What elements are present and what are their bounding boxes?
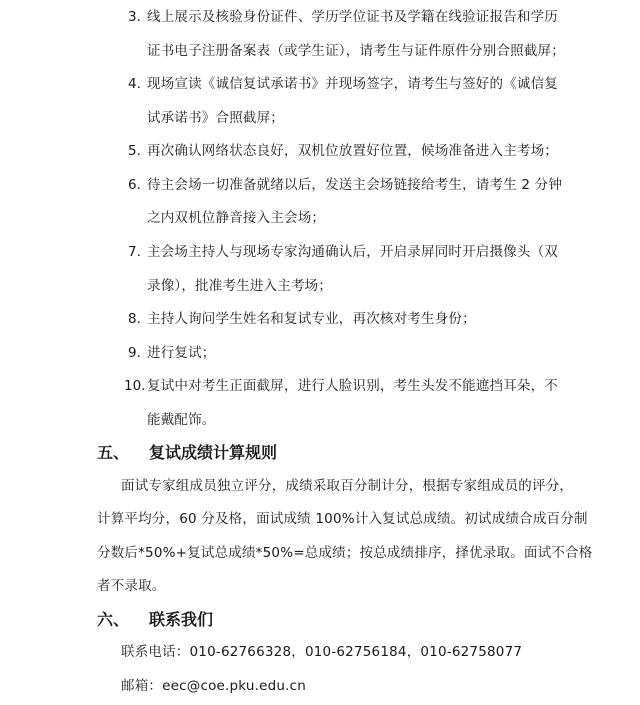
list-item-line: 再次确认网络状态良好，双机位放置好位置，候场准备进入主考场；	[147, 142, 558, 160]
email-link[interactable]: eec@coe.pku.edu.cn	[162, 678, 306, 694]
list-item-line: 复试中对考生正面截屏，进行人脸识别，考生头发不能遮挡耳朵，不	[147, 377, 558, 395]
list-item-line: 线上展示及核验身份证件、学历学位证书及学籍在线验证报告和学历	[147, 8, 558, 26]
contact-email: 邮箱：eec@coe.pku.edu.cn	[121, 677, 306, 695]
list-item-line: 现场宣读《诚信复试承诺书》并现场签字，请考生与签好的《诚信复	[147, 75, 558, 93]
list-number: 5.	[128, 142, 141, 160]
phone-label: 联系电话：	[121, 644, 190, 660]
paragraph-line: 者不录取。	[97, 577, 166, 595]
list-number: 4.	[128, 75, 141, 93]
section-number: 五、	[97, 443, 129, 463]
document-page: 3. 线上展示及核验身份证件、学历学位证书及学籍在线验证报告和学历 证书电子注册…	[0, 0, 640, 705]
list-item-line: 试承诺书》合照截屏；	[147, 109, 284, 127]
phone-value: 010-62766328，010-62756184，010-62758077	[190, 644, 523, 660]
list-item-line: 录像），批准考生进入主考场；	[147, 277, 332, 295]
list-item-line: 主持人询问学生姓名和复试专业，再次核对考生身份；	[147, 310, 476, 328]
section-title: 联系我们	[149, 610, 213, 630]
section-title: 复试成绩计算规则	[149, 443, 277, 463]
list-item-line: 证书电子注册备案表（或学生证），请考生与证件原件分别合照截屏；	[147, 42, 565, 60]
list-item-line: 待主会场一切准备就绪以后，发送主会场链接给考生，请考生 2 分钟	[147, 176, 562, 194]
paragraph-line: 计算平均分，60 分及格，面试成绩 100%计入复试总成绩。初试成绩合成百分制	[97, 510, 588, 528]
list-item-line: 之内双机位静音接入主会场；	[147, 209, 325, 227]
email-label: 邮箱：	[121, 678, 162, 694]
list-number: 6.	[128, 176, 141, 194]
list-number: 10.	[124, 377, 145, 395]
section-number: 六、	[97, 610, 129, 630]
list-item-line: 主会场主持人与现场专家沟通确认后，开启录屏同时开启摄像头（双	[147, 243, 558, 261]
paragraph-line: 面试专家组成员独立评分，成绩采取百分制计分，根据专家组成员的评分，	[121, 477, 573, 495]
list-item-line: 能戴配饰。	[147, 411, 216, 429]
list-number: 9.	[128, 344, 141, 362]
list-number: 3.	[128, 8, 141, 26]
list-item-line: 进行复试；	[147, 344, 216, 362]
list-number: 7.	[128, 243, 141, 261]
contact-phone: 联系电话：010-62766328，010-62756184，010-62758…	[121, 643, 522, 661]
paragraph-line: 分数后*50%+复试总成绩*50%=总成绩；按总成绩排序，择优录取。面试不合格	[97, 544, 592, 562]
list-number: 8.	[128, 310, 141, 328]
